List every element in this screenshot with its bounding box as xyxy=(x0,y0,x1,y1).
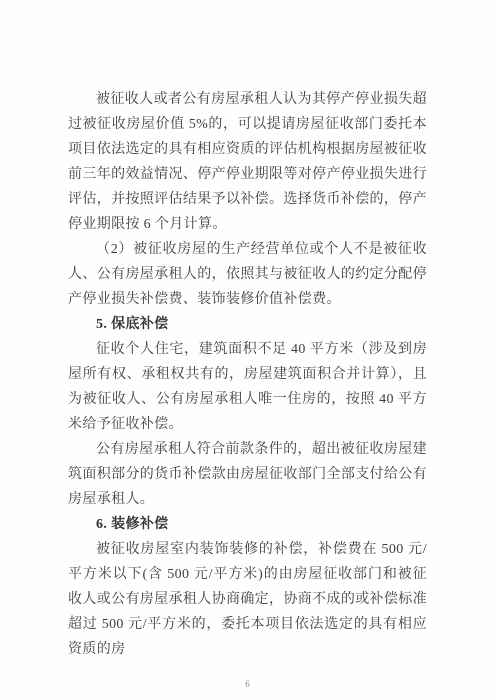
page-number: 6 xyxy=(68,672,427,697)
document-page: 被征收人或者公有房屋承租人认为其停产停业损失超过被征收房屋价值 5%的，可以提请… xyxy=(0,0,495,700)
paragraph-business-loss: 被征收人或者公有房屋承租人认为其停产停业损失超过被征收房屋价值 5%的，可以提请… xyxy=(68,87,427,237)
paragraph-public-housing-tenant: 公有房屋承租人符合前款条件的，超出被征收房屋建筑面积部分的货币补偿款由房屋征收部… xyxy=(68,437,427,512)
section-heading-6-decoration-compensation: 6. 装修补偿 xyxy=(68,512,427,537)
section-heading-5-minimum-compensation: 5. 保底补偿 xyxy=(68,312,427,337)
paragraph-decoration-fee: 被征收房屋室内装饰装修的补偿，补偿费在 500 元/平方米以下(含 500 元/… xyxy=(68,537,427,662)
paragraph-residence-under-40sqm: 征收个人住宅，建筑面积不足 40 平方米（涉及到房屋所有权、承租权共有的，房屋建… xyxy=(68,337,427,437)
paragraph-item-2: （2）被征收房屋的生产经营单位或个人不是被征收人、公有房屋承租人的，依照其与被征… xyxy=(68,237,427,312)
